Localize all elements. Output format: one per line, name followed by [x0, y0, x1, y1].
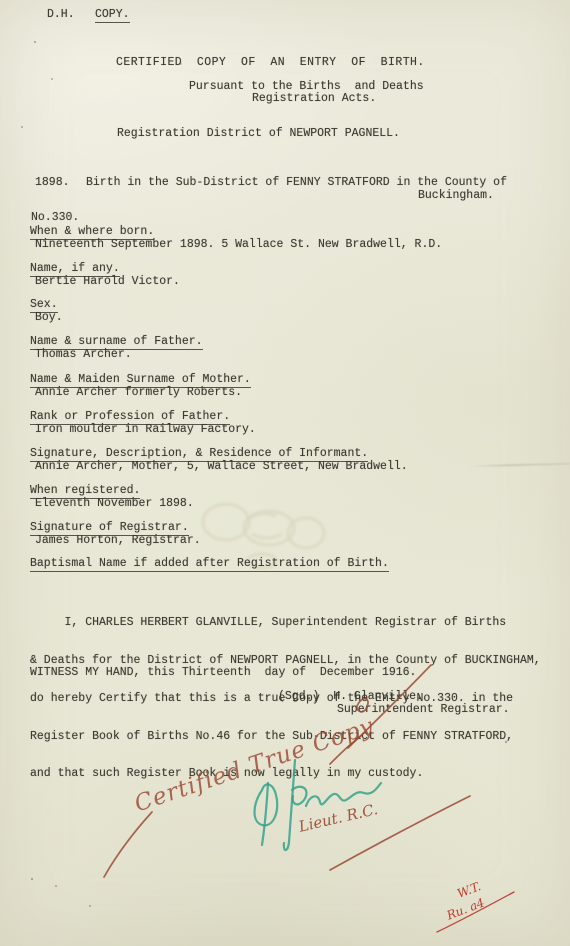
- certified-c-tail-stroke: [104, 812, 152, 877]
- red-note-underline: [437, 892, 514, 932]
- teal-signature-scrawl: [255, 760, 382, 850]
- copy-cross-stroke: [330, 736, 361, 764]
- sgd-scribble-loop: [357, 699, 368, 712]
- ink-strokes: [0, 0, 570, 946]
- birth-certificate-page: D.H. COPY. CERTIFIED COPY OF AN ENTRY OF…: [0, 0, 570, 946]
- rank-underline-flourish: [330, 796, 470, 870]
